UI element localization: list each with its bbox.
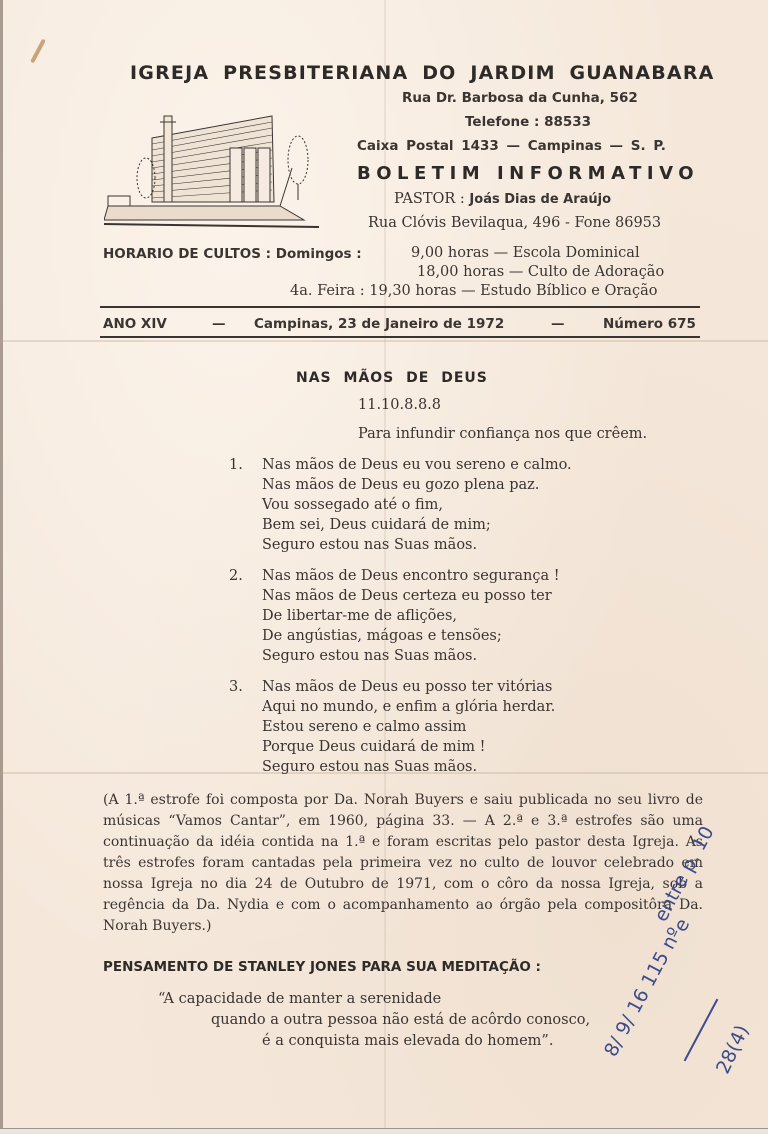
pastor-line: PASTOR : Joás Dias de Araújo: [394, 191, 611, 207]
quote-line: quando a outra pessoa não está de acôrdo…: [211, 1012, 590, 1028]
stanza-line: Nas mãos de Deus eu vou sereno e calmo.: [262, 457, 572, 473]
schedule-item: 9,00 horas — Escola Dominical: [411, 245, 640, 261]
schedule-title: HORARIO DE CULTOS :: [103, 246, 271, 262]
pastor-name: Joás Dias de Araújo: [469, 192, 611, 207]
issue-year: ANO XIV: [103, 316, 167, 332]
stanza-line: Seguro estou nas Suas mãos.: [262, 759, 477, 775]
hymn-meter: 11.10.8.8.8: [358, 397, 441, 413]
church-name: IGREJA PRESBITERIANA DO JARDIM GUANABARA: [130, 62, 715, 84]
stanza-line: Nas mãos de Deus eu posso ter vitórias: [262, 679, 552, 695]
hymn-dedication: Para infundir confiança nos que crêem.: [358, 426, 647, 442]
separator: —: [551, 316, 565, 332]
hymn-note-text: (A 1.ª estrofe foi composta por Da. Nora…: [103, 790, 703, 937]
quote-line: é a conquista mais elevada do homem”.: [262, 1033, 553, 1049]
page-bottom-edge: [0, 1128, 768, 1134]
issue-date: Campinas, 23 de Janeiro de 1972: [254, 316, 504, 332]
sunday-label: Domingos :: [276, 246, 362, 262]
stanza-number: 3.: [229, 679, 243, 695]
stanza-line: Seguro estou nas Suas mãos.: [262, 537, 477, 553]
meditation-title: PENSAMENTO DE STANLEY JONES PARA SUA MED…: [103, 959, 541, 975]
stanza-line: Aqui no mundo, e enfim a glória herdar.: [262, 699, 555, 715]
issue-number: Número 675: [603, 316, 696, 332]
schedule-label: HORARIO DE CULTOS : Domingos :: [103, 246, 362, 262]
schedule-item: 18,00 horas — Culto de Adoração: [417, 264, 664, 280]
pastor-label: PASTOR :: [394, 191, 465, 207]
stanza-line: Seguro estou nas Suas mãos.: [262, 648, 477, 664]
divider: [100, 336, 700, 338]
bulletin-title: BOLETIM INFORMATIVO: [357, 163, 699, 184]
separator: —: [212, 316, 226, 332]
quote-line: “A capacidade de manter a serenidade: [158, 991, 441, 1007]
stanza-line: De libertar-me de aflições,: [262, 608, 457, 624]
schedule-item: 4a. Feira : 19,30 horas — Estudo Bíblico…: [290, 283, 657, 299]
stanza-line: Estou sereno e calmo assim: [262, 719, 466, 735]
church-building-illustration: [104, 108, 324, 228]
stanza-line: De angústias, mágoas e tensões;: [262, 628, 502, 644]
stanza-line: Nas mãos de Deus encontro segurança !: [262, 568, 560, 584]
church-address: Rua Dr. Barbosa da Cunha, 562: [402, 90, 638, 106]
page-edge: [0, 0, 3, 1134]
stanza-number: 1.: [229, 457, 243, 473]
stanza-line: Porque Deus cuidará de mim !: [262, 739, 486, 755]
stanza-line: Nas mãos de Deus eu gozo plena paz.: [262, 477, 539, 493]
stanza-line: Nas mãos de Deus certeza eu posso ter: [262, 588, 552, 604]
church-phone: Telefone : 88533: [465, 114, 591, 130]
stanza-number: 2.: [229, 568, 243, 584]
stanza-line: Bem sei, Deus cuidará de mim;: [262, 517, 491, 533]
pastor-address: Rua Clóvis Bevilaqua, 496 - Fone 86953: [368, 215, 661, 231]
hymn-note: (A 1.ª estrofe foi composta por Da. Nora…: [103, 790, 703, 937]
divider: [100, 306, 700, 308]
po-box: Caixa Postal 1433 — Campinas — S. P.: [357, 138, 666, 154]
hymn-title: NAS MÃOS DE DEUS: [296, 370, 488, 386]
stanza-line: Vou sossegado até o fim,: [262, 497, 443, 513]
